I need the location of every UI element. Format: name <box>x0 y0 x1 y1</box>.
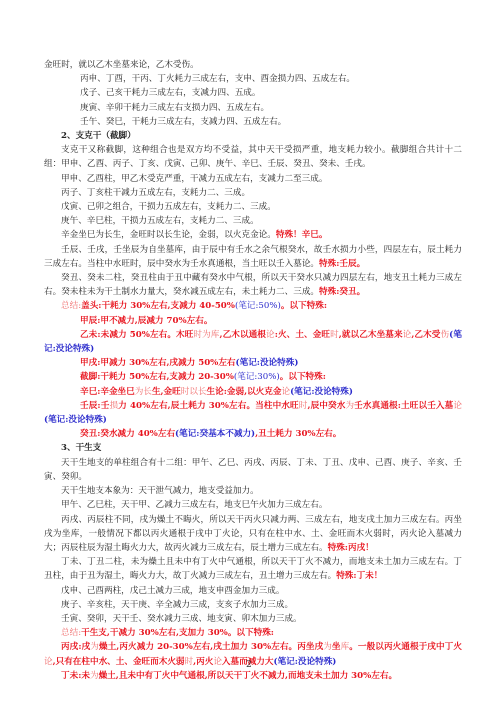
page-number: 2 <box>246 660 252 670</box>
text: 时以长 <box>181 387 207 397</box>
text: 时 <box>330 330 339 340</box>
text: 壬辰:壬 <box>80 401 109 411</box>
text: 为 <box>90 671 99 681</box>
text: 论 <box>44 657 53 667</box>
special-item-jiejiao: 截脚:干耗力 50%左右,支减力 20-30%(笔记:30%)。以下特殊: <box>44 370 462 384</box>
paragraph: 甲午、乙巳柱，天干甲、乙减力三成左右，地支巳午火加力三成左右。 <box>44 498 462 512</box>
text: 时为库 <box>193 330 219 340</box>
special-item-yiwei: 乙未:未减力 50%左右。木旺时为库,乙木以通根论:火、土、金旺时,就以乙木坐墓… <box>44 328 462 356</box>
text: 截脚:干耗力 50%左右,支减力 20-30% <box>80 372 234 382</box>
text: 乙未:未减力 50%左右。木旺 <box>80 330 193 340</box>
paragraph: 天干生地支的单柱组合有十二组：甲午、乙巳、丙戌、丙辰、丁未、丁丑、戊申、己酉、庚… <box>44 456 462 484</box>
text: ,丙火 <box>193 657 213 667</box>
paragraph: 辛金坐巳为长生，金旺时以长生论，金弱，以火克金论。特殊！辛巳。 <box>44 228 462 242</box>
text: 壬辰、壬戌，壬坐辰为自坐墓库，由于辰中有壬水之余气根癸水，故壬水损力小些，四层左… <box>44 245 462 269</box>
text: 生论:金弱,以火克金 <box>207 387 282 397</box>
special-item-dingwei: 丁未:未为燥土,且未中有丁火中气通根,所以天干丁火不减力,而地支未土加力 30%… <box>44 669 462 683</box>
section-heading: 3、干生支 <box>44 441 462 455</box>
summary-text: 干生支,干减力 30%左右,支加力 30%。以下特殊: <box>81 628 274 638</box>
text: 论 <box>266 330 275 340</box>
special-item-guichou: 癸丑:癸水减力 40%左右(笔记:癸基本不减力),丑土耗力 30%左右。 <box>44 427 462 441</box>
special-marker: 特殊:丙戌！ <box>328 543 374 553</box>
text: 为 <box>90 642 99 652</box>
paragraph: 支克干又称截脚，这种组合也是双方均不受益，其中天干受损严重，地支耗力较小。截脚组… <box>44 143 462 171</box>
text: 为 <box>345 401 354 411</box>
paragraph: 戊申、己酉两柱，戊己土减力三成，地支申酉金加力三成。 <box>44 584 462 598</box>
text: 。一般以丙火通根于戌中丁火 <box>349 642 462 652</box>
text: 甲辰:甲不减力,辰减力 70%左右。 <box>80 316 212 326</box>
document-page: 金旺时，就以乙木坐墓来论，乙木受伤。 丙申、丁酉，干丙、丁火耗力三成左右，支申、… <box>44 58 462 683</box>
special-marker: 特殊！辛巳。 <box>276 230 328 240</box>
paragraph: 戊子、己亥干耗力三成左右，支减力四、五成。 <box>44 86 462 100</box>
text: ,辰中癸水 <box>307 401 345 411</box>
paragraph: 甲申、乙酉柱，甲乙木受克严重，干减力五成左右，支减力二至三成。 <box>44 172 462 186</box>
paragraph: 丙子、丁亥柱干减力五成左右，支耗力二、三成。 <box>44 186 462 200</box>
paragraph: 丙戌、丙辰柱不同，戌为燥土不晦火，所以天干丙火只减力两、三成左右，地支戌土加力三… <box>44 513 462 556</box>
note: (笔记:没论特殊) <box>274 657 337 667</box>
text: ,只有在柱中水、土、金旺而木火弱 <box>53 657 185 667</box>
text: :火、土、金旺 <box>275 330 330 340</box>
summary-label: 总结: <box>61 628 81 638</box>
note: (笔记:30%) <box>234 372 280 382</box>
paragraph: 庚子、辛亥柱，天干庚、辛全减力三成，支亥子水加力三成。 <box>44 598 462 612</box>
text: 伤 <box>440 330 449 340</box>
text: ,就以乙木坐墓来 <box>339 330 403 340</box>
paragraph: 金旺时，就以乙木坐墓来论，乙木受伤。 <box>44 58 462 72</box>
text: 库 <box>341 642 350 652</box>
text: 癸丑:癸水减力 40%左右 <box>80 429 175 439</box>
text: 生,金旺 <box>152 387 181 397</box>
summary-label: 总结: <box>61 301 81 311</box>
paragraph: 庚午、辛巳柱，干损力五成左右，支耗力二、三成。 <box>44 214 462 228</box>
text: ,乙木以通根 <box>219 330 266 340</box>
text: 坐 <box>332 642 341 652</box>
text: 时 <box>185 657 194 667</box>
text: 论 <box>213 657 222 667</box>
text: 为长 <box>135 387 152 397</box>
note: (笔记:没论特殊) <box>236 358 299 368</box>
summary-line: 总结:干生支,干减力 30%左右,支加力 30%。以下特殊: <box>44 626 462 640</box>
summary-text: 。以下特殊: <box>281 301 327 311</box>
text: 力 40%左右,辰土耗力 30%左右。当柱中水旺 <box>118 401 299 411</box>
text: 。以下特殊: <box>280 372 326 382</box>
section-heading: 2、支克干（截脚） <box>44 129 462 143</box>
note: (笔记:50%) <box>235 301 281 311</box>
special-item-renchen: 壬辰:壬损力 40%左右,辰土耗力 30%左右。当柱中水旺时,辰中癸水为壬水真通… <box>44 399 462 427</box>
text: 论 <box>453 401 462 411</box>
paragraph: 戊寅、己卯之组合，干损力五成左右，支耗力二、三成。 <box>44 200 462 214</box>
text: 丙戌:戌 <box>61 642 90 652</box>
special-item-bingxu: 丙戌:戌为燥土,丙火减力 20-30%左右,戌土加力 30%左右。丙坐戌为坐库。… <box>44 640 462 668</box>
paragraph: 丁未、丁丑二柱，未为燥土且未中有丁火中气通根，所以天干丁火不减力，而地支未土加力… <box>44 555 462 583</box>
special-marker: 特殊:癸丑。 <box>319 287 365 297</box>
paragraph: 癸丑、癸未二柱，癸丑柱由于丑中藏有癸水中气根，所以天干癸水只减力四层左右，地支丑… <box>44 271 462 299</box>
paragraph: 壬午、癸巳，干耗力三成左右，支减力四、五成左右。 <box>44 115 462 129</box>
text: 丙戌、丙辰柱不同，戌为燥土不晦火，所以天干丙火只减力两、三成左右，地支戌土加力三… <box>44 515 462 553</box>
text: 癸丑、癸未二柱，癸丑柱由于丑中藏有癸水中气根，所以天干癸水只减力四层左右，地支丑… <box>44 273 462 297</box>
summary-line: 总结:盖头:干耗力 30%左右,支减力 40-50%(笔记:50%)。以下特殊: <box>44 299 462 313</box>
text: 燥土,且未中有丁火中气通根,所以天干丁火不减力,而地支未土加力 30%左右。 <box>99 671 398 681</box>
text: 燥土,丙火减力 20-30%左右,戌土加力 30%左右。丙坐戌 <box>99 642 323 652</box>
note: (笔记:没论特殊) <box>290 387 353 397</box>
special-marker: 特殊:丁未！ <box>336 571 382 581</box>
text: ,乙木受 <box>411 330 440 340</box>
special-item-xinsi: 辛巳:辛金坐巳为长生,金旺时以长生论:金弱,以火克金论(笔记:没论特殊) <box>44 385 462 399</box>
text: 丁未、丁丑二柱，未为燥土且未中有丁火中气通根，所以天干丁火不减力，而地支未土加力… <box>44 557 462 581</box>
text: 论 <box>281 387 290 397</box>
text: 甲戌:甲减力 30%左右,戌减力 50%左右 <box>80 358 236 368</box>
note: (笔记:没论特殊) <box>44 415 107 425</box>
note: (笔记:癸基本不减力) <box>175 429 255 439</box>
paragraph: 壬辰、壬戌，壬坐辰为自坐墓库，由于辰中有壬水之余气根癸水，故壬水损力小些，四层左… <box>44 243 462 271</box>
text: 损 <box>109 401 118 411</box>
paragraph: 丙申、丁酉，干丙、丁火耗力三成左右，支申、酉金损力四、五成左右。 <box>44 72 462 86</box>
text: 为 <box>323 642 332 652</box>
paragraph: 天干生地支本象为：天干泄气减力，地支受益加力。 <box>44 484 462 498</box>
special-marker: 特殊:壬辰。 <box>319 259 365 269</box>
summary-text: 盖头:干耗力 30%左右,支减力 40-50% <box>81 301 235 311</box>
text: ,丑土耗力 30%左右。 <box>255 429 341 439</box>
text: 辛金坐巳为长生，金旺时以长生论，金弱，以火克金论。 <box>61 230 276 240</box>
paragraph: 庚寅、辛卯干耗力三成左右支损力四、五成左右。 <box>44 101 462 115</box>
text: 辛巳:辛金坐巳 <box>80 387 135 397</box>
special-item-jiachen: 甲辰:甲不减力,辰减力 70%左右。 <box>44 314 462 328</box>
text: 丁未:未 <box>61 671 90 681</box>
paragraph: 壬寅、癸卯，天干壬、癸水减力三成、地支寅、卯木加力三成。 <box>44 612 462 626</box>
special-item-jiaxu: 甲戌:甲减力 30%左右,戌减力 50%左右(笔记:没论特殊) <box>44 356 462 370</box>
text: 壬水真通根:土旺以壬入墓 <box>354 401 453 411</box>
